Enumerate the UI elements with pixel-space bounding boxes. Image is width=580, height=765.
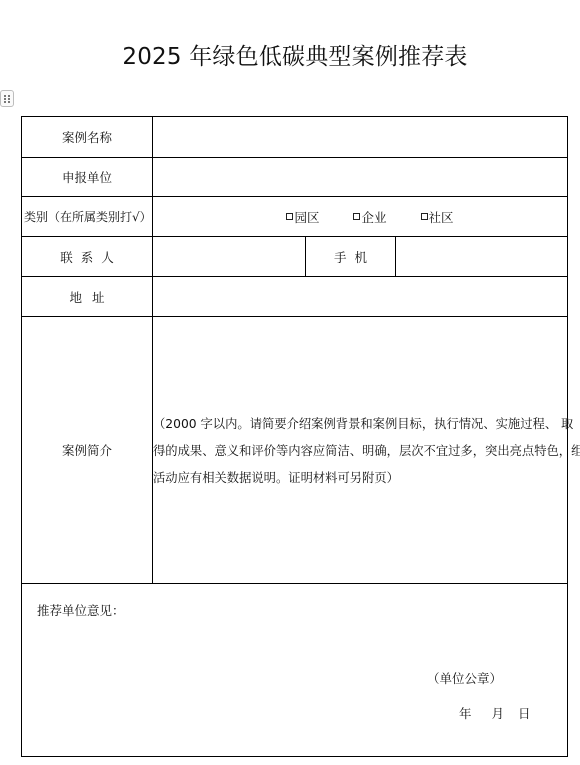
unit-seal-label: （单位公章） [427, 669, 502, 687]
date-year-label: 年 [459, 704, 472, 722]
category-checkbox-group: 园区 企业 社区 [286, 208, 453, 226]
description-field[interactable]: （2000 字以内。请简要介绍案例背景和案例目标，执行情况、实施过程、 取 得的… [153, 411, 567, 492]
row-address: 地 址 [22, 277, 567, 317]
case-name-label: 案例名称 [22, 117, 153, 157]
recommendation-opinion-label: 推荐单位意见： [37, 601, 125, 619]
contact-field[interactable] [153, 237, 306, 276]
row-description: 案例简介 （2000 字以内。请简要介绍案例背景和案例目标，执行情况、实施过程、… [22, 317, 567, 584]
table-move-handle[interactable] [0, 90, 14, 107]
row-recommendation: 推荐单位意见： （单位公章） 年 月 日 [22, 584, 567, 756]
checkbox-icon[interactable] [286, 213, 293, 220]
recommendation-form-table: 案例名称 申报单位 类别（在所属类别打√） 园区 企业 社区 [21, 116, 568, 757]
category-label-text: 类别（在所属类别打√） [24, 208, 152, 225]
date-month-label: 月 [492, 704, 505, 722]
address-label: 地 址 [22, 277, 153, 316]
category-options: 园区 企业 社区 [153, 197, 567, 236]
description-instruction-line: （2000 字以内。请简要介绍案例背景和案例目标，执行情况、实施过程、 取 [153, 411, 567, 438]
date-day-label: 日 [518, 704, 531, 722]
checkbox-icon[interactable] [421, 213, 428, 220]
description-instruction-line: 活动应有相关数据说明。证明材料可另附页） [153, 465, 567, 492]
row-contact: 联 系 人 手 机 [22, 237, 567, 277]
phone-label: 手 机 [306, 237, 396, 276]
case-name-field[interactable] [153, 117, 567, 157]
drag-handle-icon [4, 95, 10, 103]
row-category: 类别（在所属类别打√） 园区 企业 社区 [22, 197, 567, 237]
phone-field[interactable] [396, 237, 567, 276]
address-field[interactable] [153, 277, 567, 316]
document-title: 2025 年绿色低碳典型案例推荐表 [0, 38, 580, 71]
description-instruction-line: 得的成果、意义和评价等内容应简洁、明确，层次不宜过多，突出亮点特色，组织 [153, 438, 567, 465]
category-option-label: 社区 [429, 208, 454, 226]
category-option-park[interactable]: 园区 [286, 208, 319, 226]
row-applicant-unit: 申报单位 [22, 158, 567, 197]
category-option-label: 企业 [361, 208, 386, 226]
applicant-unit-field[interactable] [153, 158, 567, 196]
category-label: 类别（在所属类别打√） [22, 197, 153, 236]
row-case-name: 案例名称 [22, 117, 567, 158]
category-option-label: 园区 [294, 208, 319, 226]
category-option-enterprise[interactable]: 企业 [353, 208, 386, 226]
category-option-community[interactable]: 社区 [421, 208, 454, 226]
date-line: 年 月 日 [459, 704, 531, 722]
checkbox-icon[interactable] [353, 213, 360, 220]
contact-label: 联 系 人 [22, 237, 153, 276]
applicant-unit-label: 申报单位 [22, 158, 153, 196]
description-label: 案例简介 [22, 317, 153, 583]
